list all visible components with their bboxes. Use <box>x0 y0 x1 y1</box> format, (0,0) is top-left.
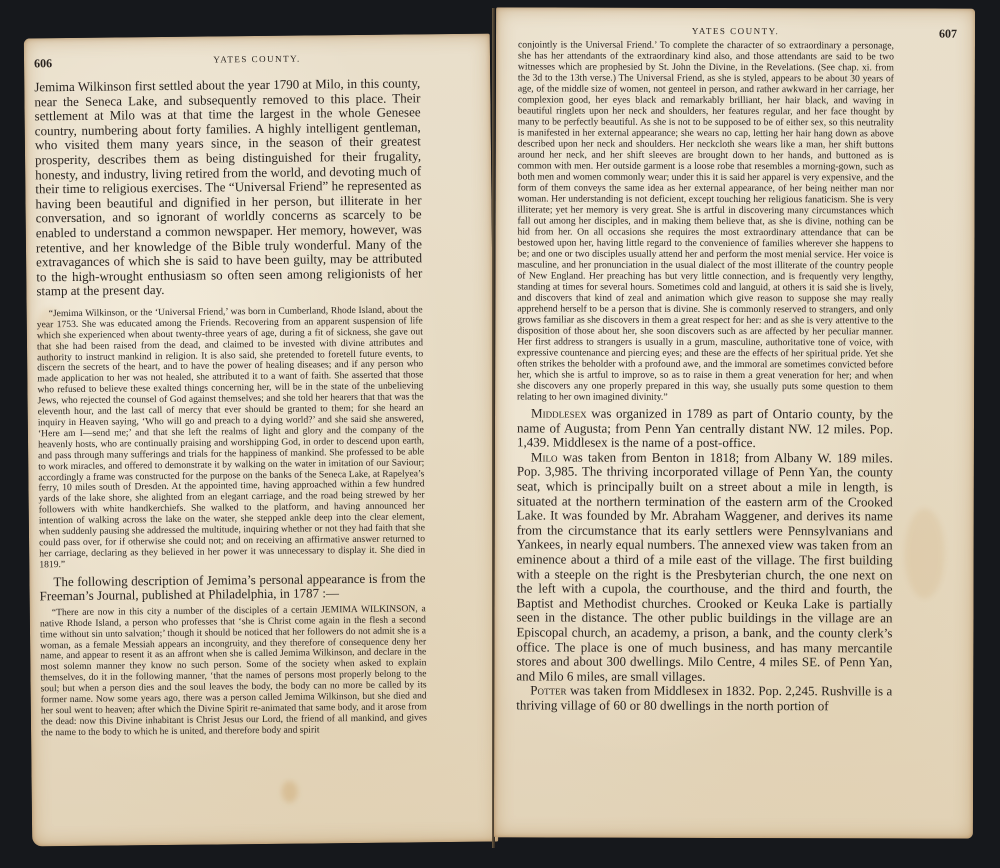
running-head: YATES COUNTY. <box>24 52 490 67</box>
body-paragraph: Jemima Wilkinson first settled about the… <box>34 76 422 299</box>
footnote: “Jemima Wilkinson, or the ‘Universal Fri… <box>37 305 426 571</box>
town-text: was taken from Benton in 1818; from Alba… <box>516 449 893 683</box>
intro-paragraph: The following description of Jemima’s pe… <box>39 571 425 604</box>
town-name: Milo <box>531 449 558 464</box>
town-text: was taken from Middlesex in 1832. Pop. 2… <box>516 683 892 713</box>
town-entry-potter: Potter was taken from Middlesex in 1832.… <box>516 684 892 714</box>
town-entry-milo: Milo was taken from Benton in 1818; from… <box>516 450 893 684</box>
quotation-continued: conjointly is the Universal Friend.’ To … <box>517 39 894 403</box>
left-page: 606 YATES COUNTY. Jemima Wilkinson first… <box>24 34 498 847</box>
town-name: Potter <box>530 683 566 698</box>
foxing-stain <box>282 781 298 803</box>
town-name: Middlesex <box>531 405 587 420</box>
right-text-block: conjointly is the Universal Friend.’ To … <box>516 39 894 713</box>
page-number: 607 <box>939 27 957 42</box>
town-entry-middlesex: Middlesex was organized in 1789 as part … <box>517 406 893 451</box>
left-text-block: Jemima Wilkinson first settled about the… <box>34 76 427 739</box>
quotation: “There are now in this city a number of … <box>40 604 427 739</box>
running-head: YATES COUNTY. <box>496 25 975 36</box>
right-page: YATES COUNTY. 607 conjointly is the Univ… <box>494 7 975 838</box>
foxing-stain <box>905 508 945 598</box>
